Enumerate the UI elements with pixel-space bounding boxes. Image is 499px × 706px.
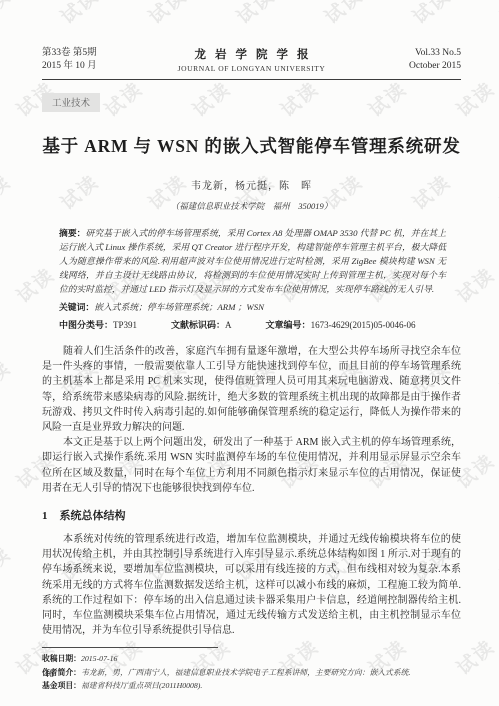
journal-header: 第33卷 第5期 2015 年 10 月 龙岩学院学报 JOURNAL OF L…: [42, 46, 461, 73]
header-right: Vol.33 No.5 October 2015: [366, 47, 461, 73]
article-id-value: 1673-4629(2015)05-0046-06: [311, 320, 416, 330]
section-1-number: 1: [42, 510, 48, 522]
category-tag: 工业技术: [42, 93, 100, 112]
doc-code-label: 文献标识码：: [171, 320, 225, 330]
page-number: 46: [44, 669, 54, 680]
article-id-label: 文章编号：: [266, 320, 311, 330]
authors: 韦龙新，杨元挺，陈 晖: [42, 177, 461, 192]
volume-en: Vol.33 No.5: [366, 47, 461, 60]
clc-value: TP391: [113, 320, 137, 330]
journal-page: 试读试读试读试读试读试读试读试读试读试读试读试读试读试读试读试读试读试读试读试读…: [0, 0, 499, 706]
footnote-text: 韦龙新，男，广西南宁人，福建信息职业技术学院电子工程系讲师，主要研究方向：嵌入式…: [81, 668, 410, 677]
journal-title-cn: 龙岩学院学报: [137, 46, 366, 62]
intro-paragraph-1: 随着人们生活条件的改善，家庭汽车拥有量逐年激增，在大型公共停车场所寻找空余车位是…: [42, 344, 461, 435]
footnote-text: 2015-07-16: [81, 654, 117, 663]
doc-code-value: A: [225, 320, 232, 330]
abstract-text: 研究基于嵌入式的停车场管理系统，采用 Cortex A8 处理器 OMAP 35…: [59, 228, 446, 294]
footnote-text: 福建省科技厅重点项目(2011H0008).: [81, 681, 202, 690]
issue-date-cn: 2015 年 10 月: [42, 60, 137, 73]
abstract-label: 摘要：: [59, 228, 86, 238]
volume-issue: 第33卷 第5期: [42, 47, 137, 60]
footnote-fund-project: 基金项目：福建省科技厅重点项目(2011H0008).: [42, 679, 461, 693]
header-left: 第33卷 第5期 2015 年 10 月: [42, 47, 137, 73]
clc-label: 中图分类号：: [59, 320, 113, 330]
section-1-paragraph: 本系统对传统的管理系统进行改造，增加车位监测模块，并通过无线传输模块将车位的使用…: [42, 532, 461, 638]
footnote-label: 基金项目：: [42, 681, 81, 690]
page-content: 第33卷 第5期 2015 年 10 月 龙岩学院学报 JOURNAL OF L…: [0, 0, 499, 693]
abstract: 摘要：研究基于嵌入式的停车场管理系统，采用 Cortex A8 处理器 OMAP…: [59, 226, 446, 296]
footnote-divider: [42, 647, 218, 648]
affiliation: （福建信息职业技术学院 福州 350019）: [42, 200, 461, 212]
footnote-received-date: 收稿日期：2015-07-16: [42, 652, 461, 666]
article-title: 基于 ARM 与 WSN 的嵌入式智能停车管理系统研发: [42, 133, 461, 158]
keywords-label: 关键词：: [59, 302, 94, 312]
keywords-text: 嵌入式系统；停车场管理系统；ARM ；WSN: [94, 302, 264, 312]
footnotes: 收稿日期：2015-07-16 作者简介：韦龙新，男，广西南宁人，福建信息职业技…: [42, 652, 461, 693]
issue-date-en: October 2015: [366, 60, 461, 73]
header-divider: [42, 79, 461, 80]
journal-title-en: JOURNAL OF LONGYAN UNIVERSITY: [137, 64, 366, 73]
intro-paragraph-2: 本文正是基于以上两个问题出发，研发出了一种基于 ARM 嵌入式主机的停车场管理系…: [42, 435, 461, 496]
footnote-label: 收稿日期：: [42, 654, 81, 663]
keywords: 关键词：嵌入式系统；停车场管理系统；ARM ；WSN: [59, 300, 446, 313]
section-1-title: 系统总体结构: [60, 510, 126, 522]
classification-line: 中图分类号：TP391文献标识码：A文章编号：1673-4629(2015)05…: [59, 318, 446, 331]
section-1-heading: 1系统总体结构: [42, 507, 461, 523]
header-center: 龙岩学院学报 JOURNAL OF LONGYAN UNIVERSITY: [137, 46, 366, 73]
footnote-author-bio: 作者简介：韦龙新，男，广西南宁人，福建信息职业技术学院电子工程系讲师，主要研究方…: [42, 666, 461, 680]
